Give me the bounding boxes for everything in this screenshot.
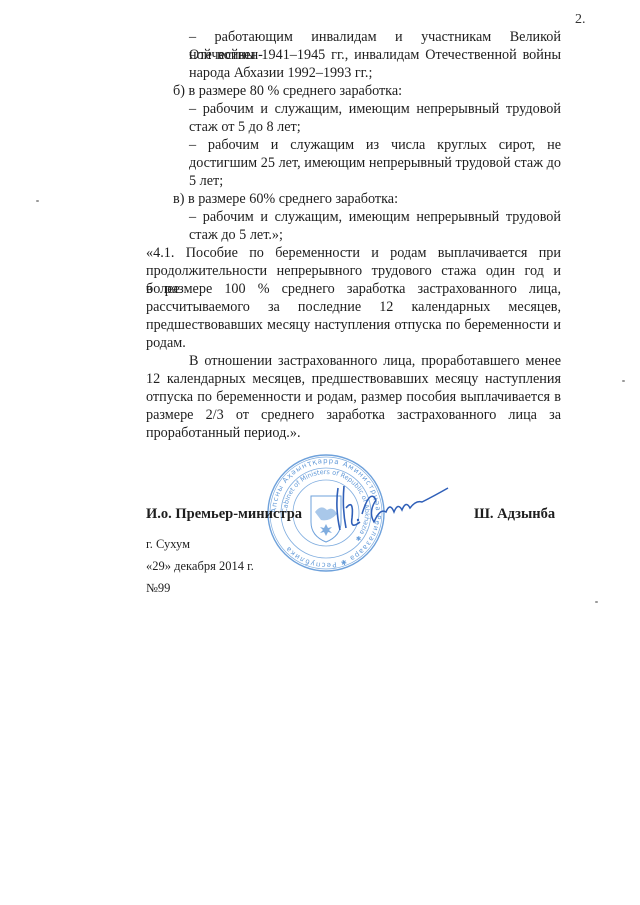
text-line: размере 2/3 от среднего заработка застра… xyxy=(146,406,561,424)
signatory-position: И.о. Премьер-министра xyxy=(146,505,302,523)
text-line: достигшим 25 лет, имеющим непрерывный тр… xyxy=(189,154,561,172)
page-number: 2. xyxy=(575,12,586,28)
text-line: стаж от 5 до 8 лет; xyxy=(189,118,561,136)
text-line: ной войны 1941–1945 гг., инвалидам Отече… xyxy=(189,46,561,64)
text-line: б) в размере 80 % среднего заработка: xyxy=(173,82,545,100)
text-line: отпуска по беременности и родам, размер … xyxy=(146,388,561,406)
text-line: народа Абхазии 1992–1993 гг.; xyxy=(189,64,561,82)
text-line: в) в размере 60% среднего заработка: xyxy=(173,190,545,208)
text-line: проработанный период.». xyxy=(146,424,561,442)
text-line: – рабочим и служащим, имеющим непрерывны… xyxy=(189,208,561,226)
signature-icon xyxy=(330,478,460,538)
text-line: – рабочим и служащим из числа круглых си… xyxy=(189,136,561,154)
scan-speck xyxy=(595,601,598,603)
text-line: родам. xyxy=(146,334,561,352)
text-line: – рабочим и служащим, имеющим непрерывны… xyxy=(189,100,561,118)
city: г. Сухум xyxy=(146,535,190,553)
document-number: №99 xyxy=(146,579,170,597)
text-line: 12 календарных месяцев, предшествовавших… xyxy=(146,370,561,388)
text-line: предшествовавших месяцу наступления отпу… xyxy=(146,316,561,334)
scan-speck xyxy=(622,380,625,382)
date: «29» декабря 2014 г. xyxy=(146,557,254,575)
text-line: рассчитываемого за последние 12 календар… xyxy=(146,298,561,316)
text-line: стаж до 5 лет.»; xyxy=(189,226,561,244)
signatory-name: Ш. Адзынба xyxy=(474,505,555,523)
text-line: В отношении застрахованного лица, прораб… xyxy=(189,352,561,370)
text-line: в размере 100 % среднего заработка застр… xyxy=(146,280,561,298)
text-line: «4.1. Пособие по беременности и родам вы… xyxy=(146,244,561,262)
scan-speck xyxy=(36,200,39,202)
text-line: 5 лет; xyxy=(189,172,561,190)
